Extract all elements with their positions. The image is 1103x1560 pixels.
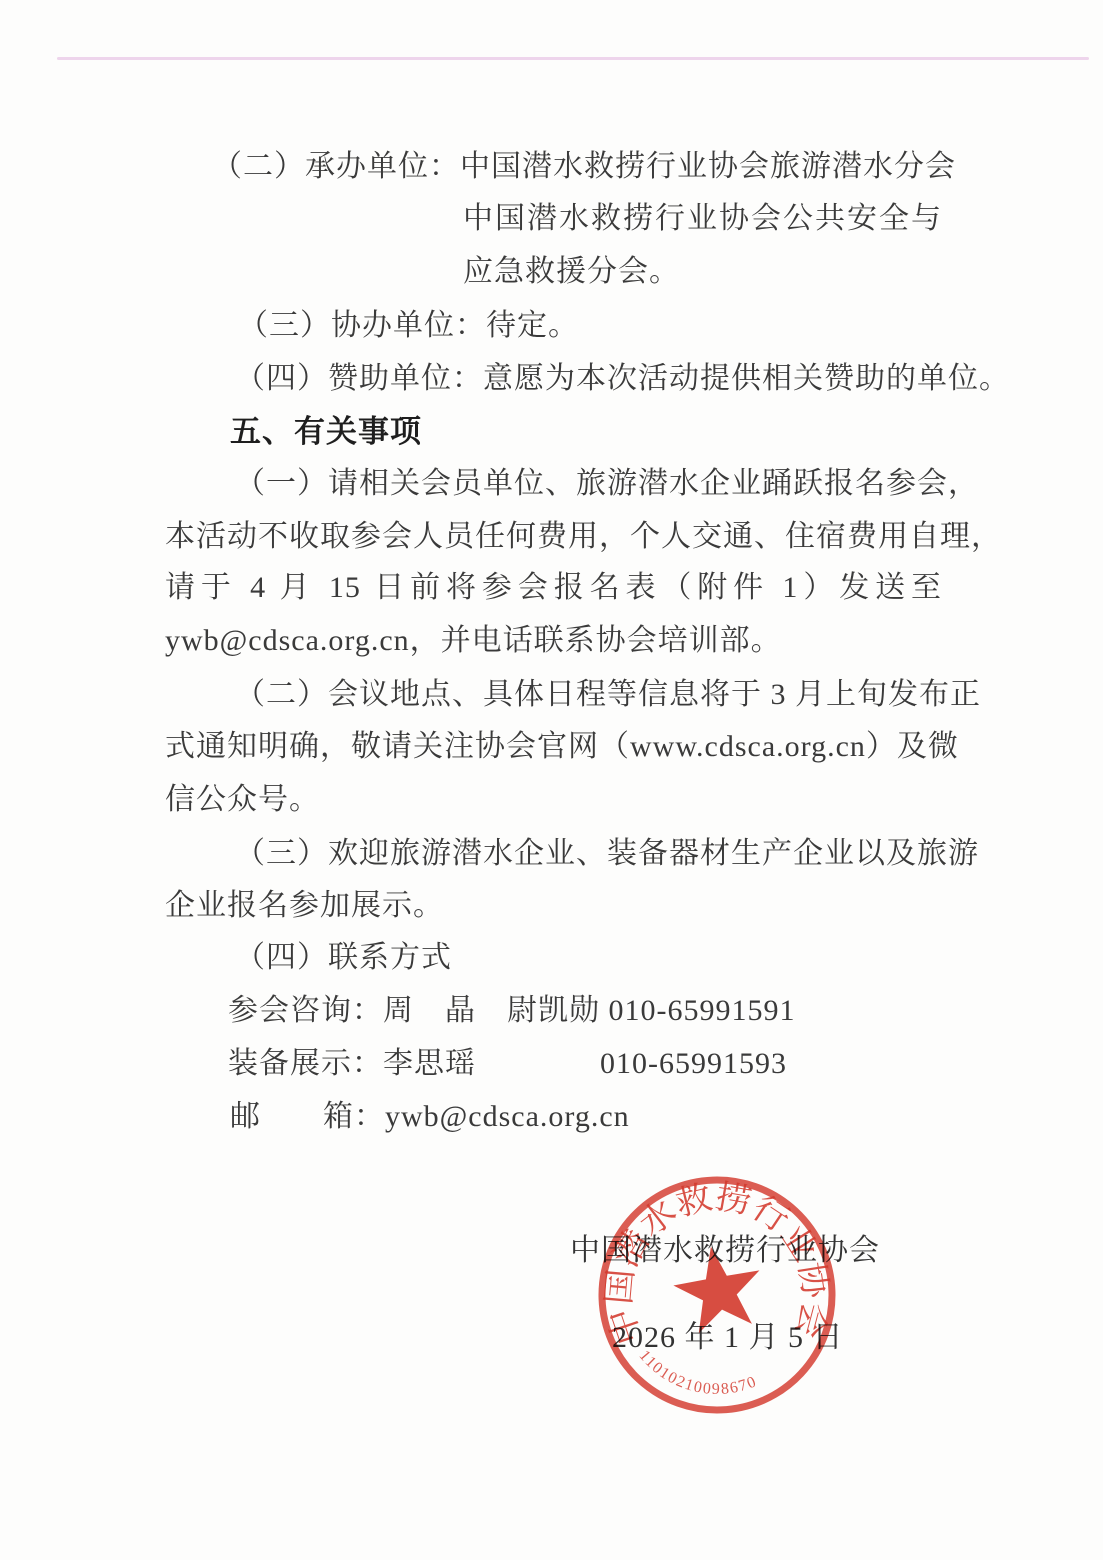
line-item1-registration: （一）请相关会员单位、旅游潜水企业踊跃报名参会，: [235, 466, 979, 502]
line-co-organizer: （三）协办单位：待定。: [238, 308, 579, 344]
line-contact-consultation: 参会咨询：周 晶 尉凯勋 010-65991591: [228, 993, 796, 1029]
line-item3-welcome: （三）欢迎旅游潜水企业、装备器材生产企业以及旅游: [235, 836, 979, 872]
line-item3-cont-1: 企业报名参加展示。: [165, 888, 444, 924]
line-contact-equipment: 装备展示：李思瑶 010-65991593: [228, 1046, 787, 1082]
seal-star-icon: [668, 1239, 769, 1336]
line-host-units-cont-2: 应急救援分会。: [463, 254, 680, 290]
line-sponsor-units: （四）赞助单位：意愿为本次活动提供相关赞助的单位。: [235, 361, 1010, 397]
official-seal-image: 中国潜水救捞行业协会 11010210098670: [588, 1166, 847, 1425]
line-host-units: （二）承办单位：中国潜水救捞行业协会旅游潜水分会: [212, 149, 956, 185]
line-item2-venue: （二）会议地点、具体日程等信息将于 3 月上旬发布正: [235, 677, 981, 713]
line-host-units-cont-1: 中国潜水救捞行业协会公共安全与: [463, 201, 943, 237]
line-item2-cont-1-website: 式通知明确，敬请关注协会官网（www.cdsca.org.cn）及微: [165, 729, 959, 765]
line-item1-cont-3-email: ywb@cdsca.org.cn，并电话联系协会培训部。: [165, 623, 782, 659]
line-item4-contact-info: （四）联系方式: [235, 940, 452, 976]
line-contact-email: 邮 箱：ywb@cdsca.org.cn: [230, 1099, 630, 1135]
scan-artifact-line: [57, 57, 1089, 60]
line-item1-cont-1: 本活动不收取参会人员任何费用，个人交通、住宿费用自理，: [165, 519, 1002, 555]
heading-related-matters: 五、有关事项: [230, 414, 422, 450]
line-item2-cont-2: 信公众号。: [165, 782, 320, 818]
scanned-document-page: （二）承办单位：中国潜水救捞行业协会旅游潜水分会 中国潜水救捞行业协会公共安全与…: [0, 0, 1103, 1560]
line-item1-cont-2: 请于 4 月 15 日前将参会报名表（附件 1）发送至: [165, 570, 942, 606]
